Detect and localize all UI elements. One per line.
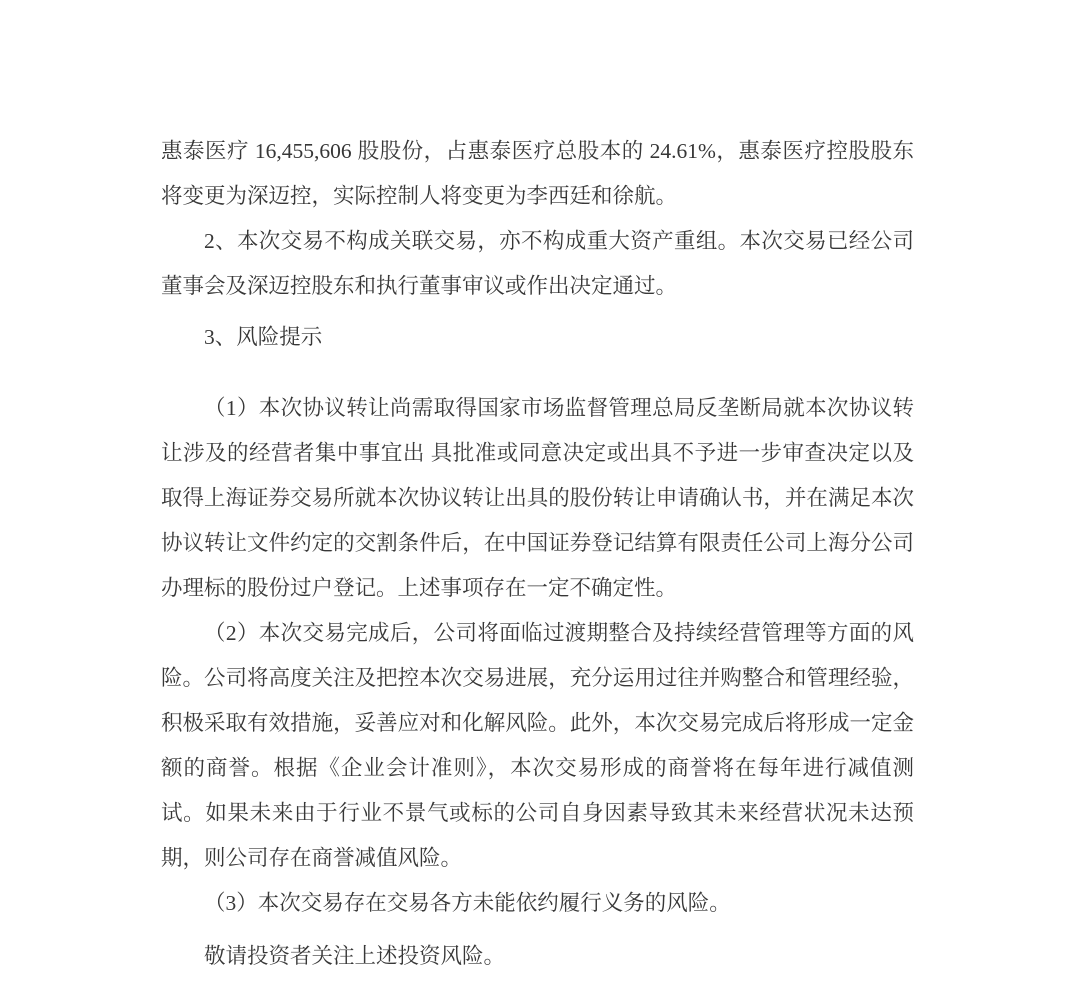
paragraph-risk-2: （2）本次交易完成后，公司将面临过渡期整合及持续经营管理等方面的风险。公司将高度…	[161, 611, 914, 881]
document-text-block: 惠泰医疗 16,455,606 股股份，占惠泰医疗总股本的 24.61%，惠泰医…	[161, 129, 914, 979]
paragraph-item-3-heading: 3、风险提示	[161, 315, 914, 360]
paragraph-risk-1: （1）本次协议转让尚需取得国家市场监督管理总局反垄断局就本次协议转让涉及的经营者…	[161, 386, 914, 611]
paragraph-item-2: 2、本次交易不构成关联交易，亦不构成重大资产重组。本次交易已经公司董事会及深迈控…	[161, 219, 914, 309]
document-page: 惠泰医疗 16,455,606 股股份，占惠泰医疗总股本的 24.61%，惠泰医…	[0, 0, 1080, 993]
paragraph-share-transfer-summary: 惠泰医疗 16,455,606 股股份，占惠泰医疗总股本的 24.61%，惠泰医…	[161, 129, 914, 219]
paragraph-investor-notice: 敬请投资者关注上述投资风险。	[161, 934, 914, 979]
paragraph-risk-3: （3）本次交易存在交易各方未能依约履行义务的风险。	[161, 881, 914, 926]
